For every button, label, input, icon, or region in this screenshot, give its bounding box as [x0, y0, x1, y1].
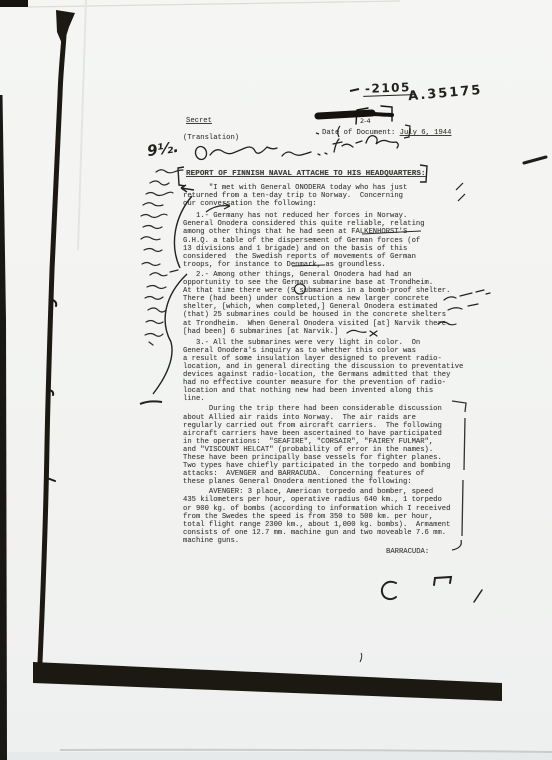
- translation-note: (Translation): [183, 134, 239, 142]
- paragraph-intro: "I met with General ONODERA today who ha…: [183, 184, 483, 208]
- classification-stamp: Secret: [186, 117, 212, 125]
- scanned-document-page: { "document": { "classification": "Secre…: [0, 0, 552, 760]
- paragraph-point-1: 1.- Germany has not reduced her forces i…: [183, 212, 483, 269]
- date-value: July 6, 1944: [400, 129, 452, 137]
- scanner-background-strip: [0, 752, 552, 760]
- paragraph-avenger: AVENGER: 3 place, American torpedo and b…: [183, 488, 483, 545]
- document-body: "I met with General ONODERA today who ha…: [183, 184, 483, 545]
- date-label: Date of Document:: [322, 129, 395, 137]
- paragraph-point-2: 2.- Among other things, General Onodera …: [183, 271, 483, 336]
- paragraph-air-raids: During the trip there had been considera…: [183, 405, 483, 486]
- barracuda-heading: BARRACUDA:: [386, 548, 429, 556]
- paragraph-point-3: 3.- All the submarines were very light i…: [183, 339, 483, 404]
- date-line: Date of Document: July 6, 1944: [322, 129, 451, 137]
- handwritten-date-note: 2-4: [360, 117, 371, 125]
- document-title: REPORT OF FINNISH NAVAL ATTACHE TO HIS H…: [186, 170, 426, 178]
